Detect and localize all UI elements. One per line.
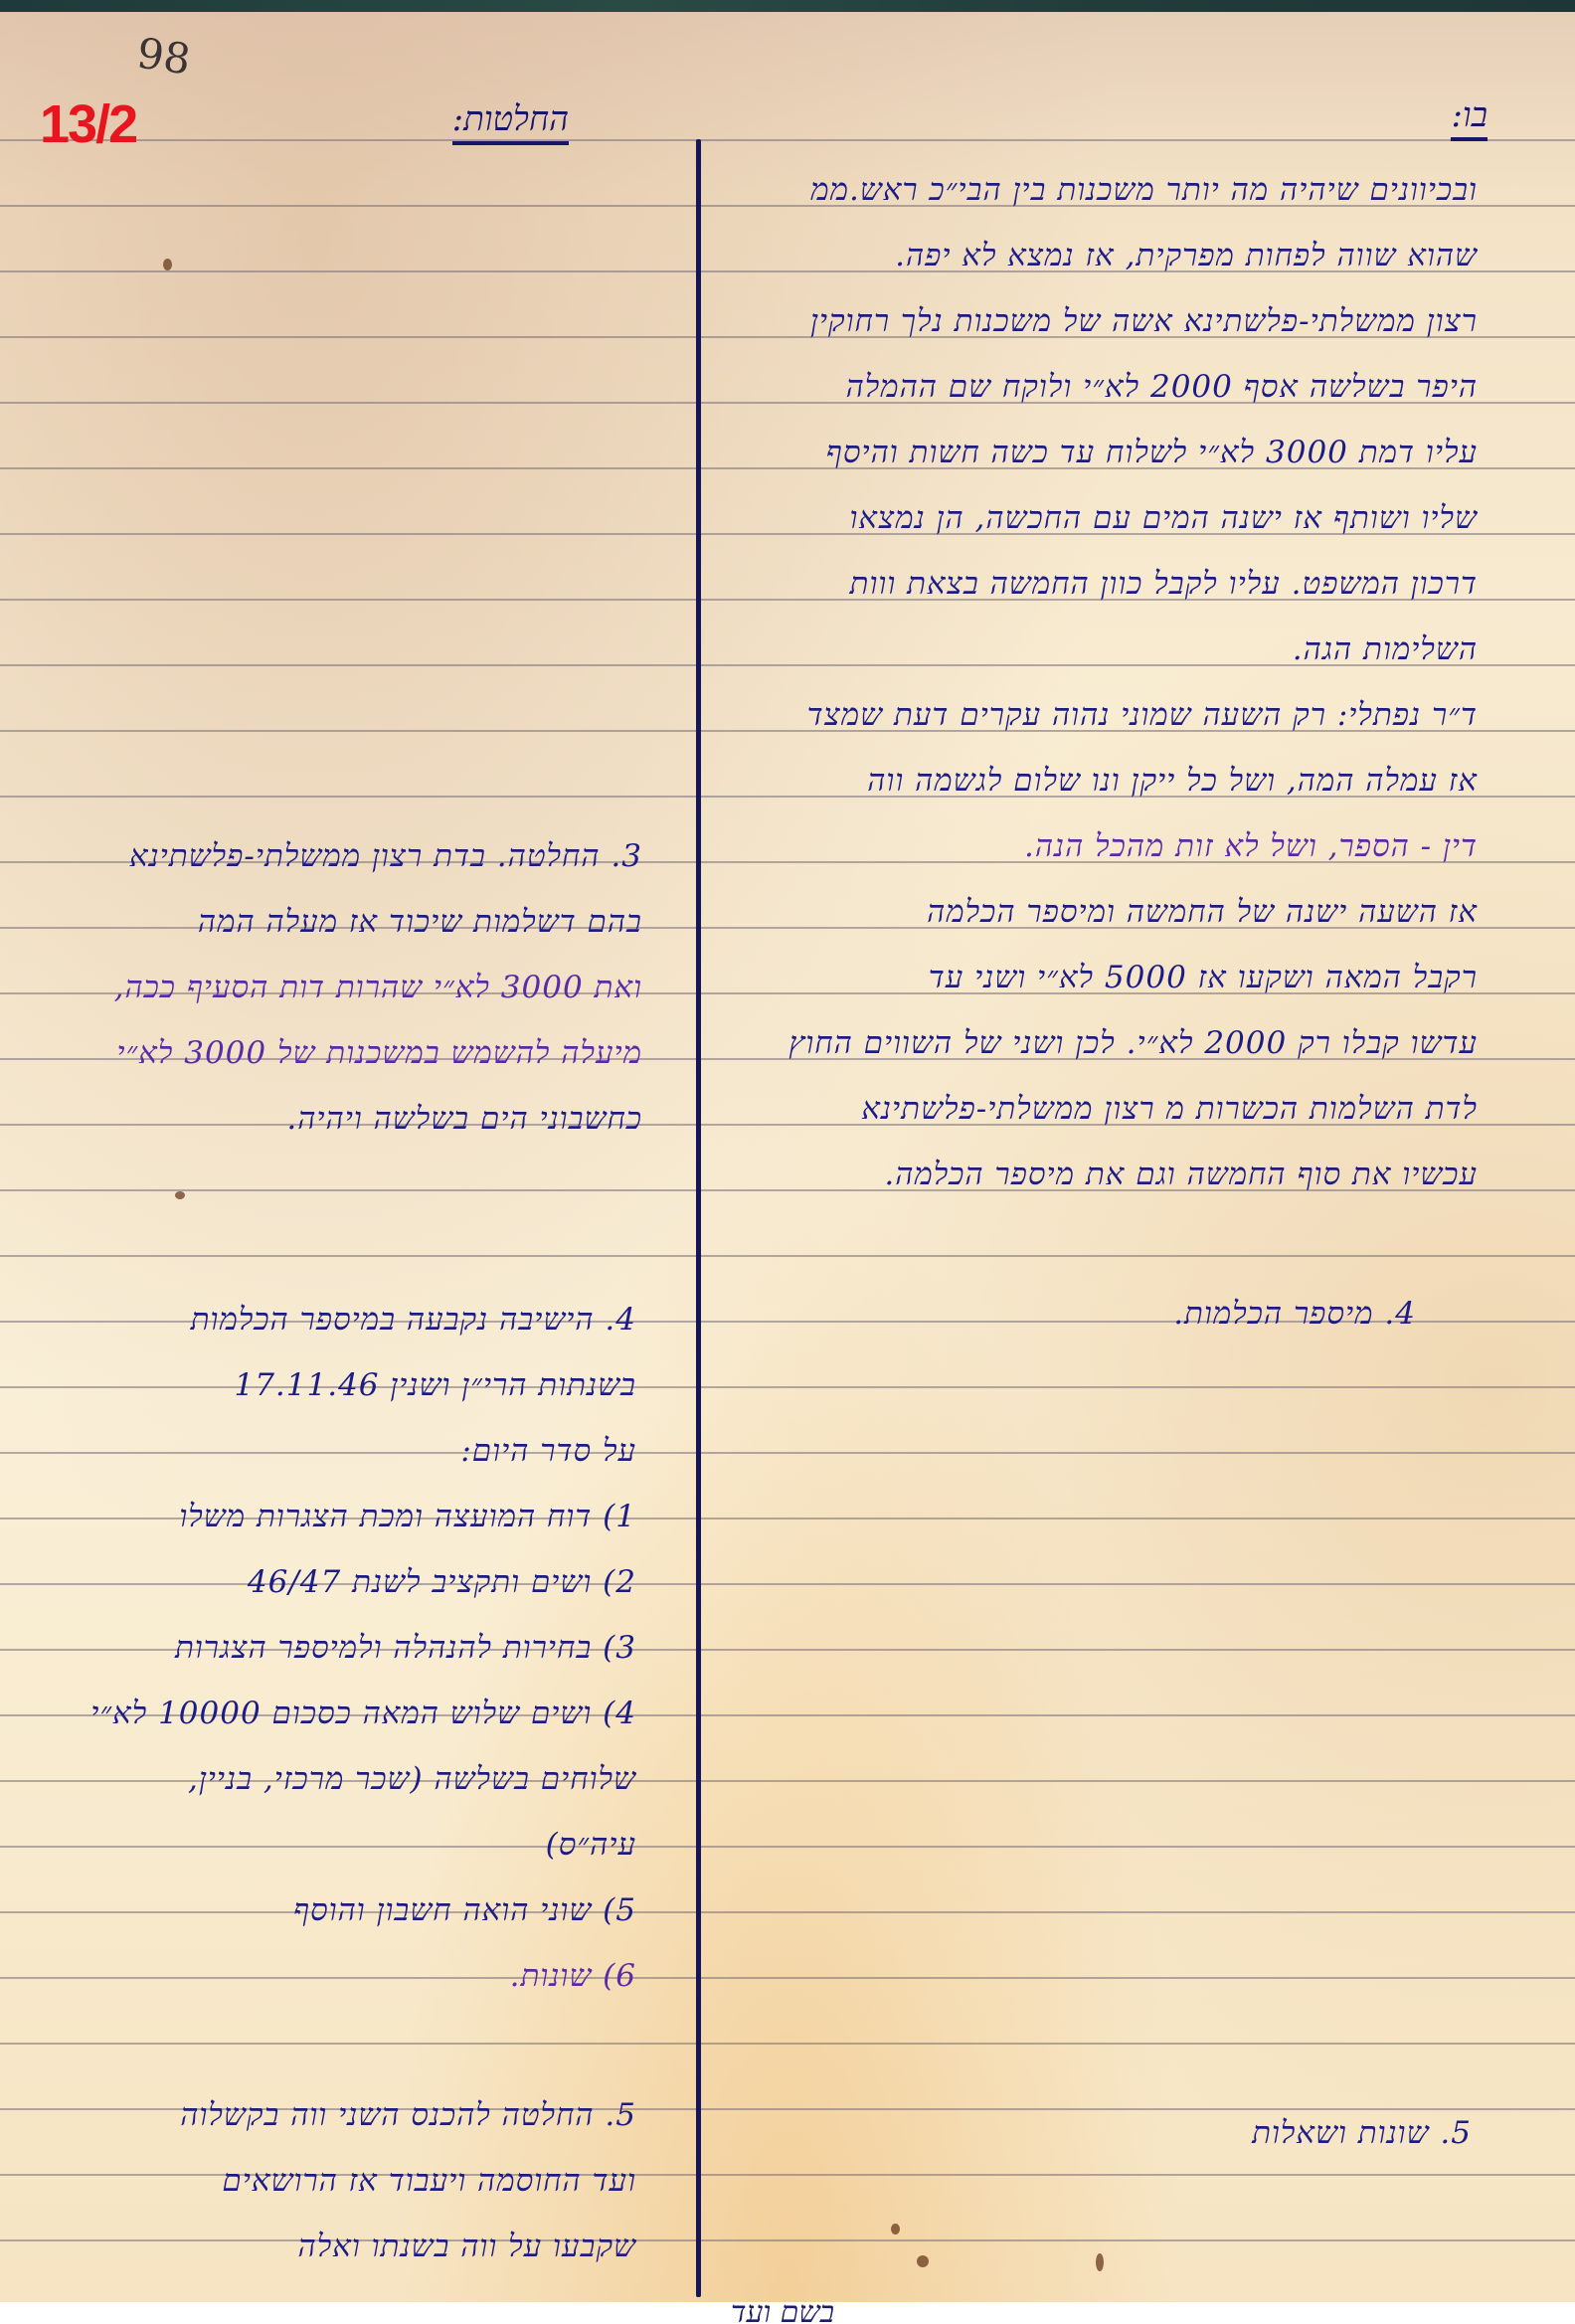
handwritten-minutes-page: 98 13/2 החלטות: בו: ובכיוונים שיהיה מה י…: [0, 12, 1575, 2302]
text-line: דרכון המשפט. עליו לקבל כוון החמשה בצאת ו…: [788, 551, 1478, 617]
right-item-4: 4. מיספר הכלמות.: [1173, 1281, 1416, 1346]
text-line: ובכיוונים שיהיה מה יותר משכנות בין הבי״כ…: [788, 157, 1478, 223]
archive-stamp: 13/2: [40, 93, 136, 155]
text-line: עדשו קבלו רק 2000 לא״י. לכן ושני של השוו…: [788, 1010, 1478, 1076]
ink-speck: [1096, 2253, 1104, 2271]
text-line: אז השעה ישנה של החמשה ומיספר הכלמה: [788, 879, 1478, 945]
text-line: עליו דמת 3000 לא״י לשלוח עד כשה חשות והי…: [788, 420, 1478, 485]
text-line: דין - הספר, ושל לא זות מהכל הנה.: [788, 813, 1478, 879]
text-line: רצון ממשלתי-פלשתינא אשה של משכנות נלך רח…: [788, 288, 1478, 354]
text-line: ד״ר נפתלי: רק השעה שמוני נהוה עקרים דעת …: [788, 682, 1478, 748]
left-item-3: 3. החלטה. בדת רצון ממשלתי-פלשתינא בהם דש…: [114, 823, 642, 1152]
left-item-4: 4. הישיבה נקבעה במיספר הכלמות בשנתות הרי…: [90, 1287, 636, 2009]
text-line: עיה״ס): [90, 1812, 636, 1877]
right-column-body: ובכיוונים שיהיה מה יותר משכנות בין הבי״כ…: [788, 157, 1478, 1207]
text-line: 3) בחירות להנהלה ולמיספר הצגרות: [90, 1615, 636, 1681]
text-line: שליו ושותף אז ישנה המים עם החכשה, הן נמצ…: [788, 485, 1478, 551]
text-line: 4. הישיבה נקבעה במיספר הכלמות: [90, 1287, 636, 1352]
ruled-line: [0, 2043, 1575, 2045]
text-line: 5. החלטה להכנס השני ווה בקשלוה: [180, 2082, 636, 2148]
ink-speck: [917, 2255, 929, 2267]
text-line: עכשיו את סוף החמשה וגם את מיספר הכלמה.: [788, 1142, 1478, 1207]
ruled-line: [0, 139, 1575, 141]
text-line: שהוא שווה לפחות מפרקית, אז נמצא לא יפה.: [788, 223, 1478, 288]
text-line: 3. החלטה. בדת רצון ממשלתי-פלשתינא: [114, 823, 642, 889]
text-line: שקבעו על ווה בשנתו ואלה: [180, 2214, 636, 2279]
left-item-5: 5. החלטה להכנס השני ווה בקשלוה ועד החוסמ…: [180, 2082, 636, 2279]
text-line: 2) ושים ותקציב לשנת 46/47: [90, 1549, 636, 1615]
text-line: ואת 3000 לא״י שהרות דות הסעיף ככה,: [114, 955, 642, 1020]
text-line: 5) שוני הואה חשבון והוסף: [90, 1877, 636, 1943]
text-line: ועד החוסמה ויעבוד אז הרושאים: [180, 2148, 636, 2214]
ruled-line: [0, 1255, 1575, 1257]
text-line: בשנתות הרי״ן ושנין 17.11.46: [90, 1352, 636, 1418]
scan-top-edge: [0, 0, 1575, 12]
column-divider: [696, 139, 701, 2297]
text-line: רקבל המאה ושקעו אז 5000 לא״י ושני עד: [788, 945, 1478, 1010]
text-line: לדת השלמות הכשרות מ רצון ממשלתי-פלשתינא: [788, 1076, 1478, 1142]
text-line: 6) שונות.: [90, 1943, 636, 2009]
right-column-heading: בו:: [1451, 95, 1487, 141]
text-line: אז עמלה המה, ושל כל ייקן ונו שלום לגשמה …: [788, 748, 1478, 813]
right-item-5: 5. שונות ושאלות: [1252, 2100, 1472, 2166]
text-line: כחשבוני הים בשלשה ויהיה.: [114, 1086, 642, 1152]
ink-speck: [891, 2224, 900, 2235]
ink-speck: [175, 1191, 185, 1199]
folio-number: 98: [134, 29, 194, 85]
text-line: היפר בשלשה אסף 2000 לא״י ולוקח שם ההמלה: [788, 354, 1478, 420]
text-line: השלימות הגה.: [788, 617, 1478, 682]
text-line: על סדר היום:: [90, 1418, 636, 1484]
text-line: 4) ושים שלוש המאה כסכום 10000 לא״י: [90, 1681, 636, 1746]
text-line: בהם דשלמות שיכוד אז מעלה המה: [114, 889, 642, 955]
bottom-fragment-text: בשם ועד: [731, 2295, 834, 2324]
text-line: שלוחים בשלשה (שכר מרכזי, בניין,: [90, 1746, 636, 1812]
left-column-heading: החלטות:: [452, 99, 569, 145]
text-line: 1) דוח המועצה ומכת הצגרות משלו: [90, 1484, 636, 1549]
ink-speck: [163, 259, 172, 270]
text-line: מיעלה להשמש במשכנות של 3000 לא״י: [114, 1020, 642, 1086]
